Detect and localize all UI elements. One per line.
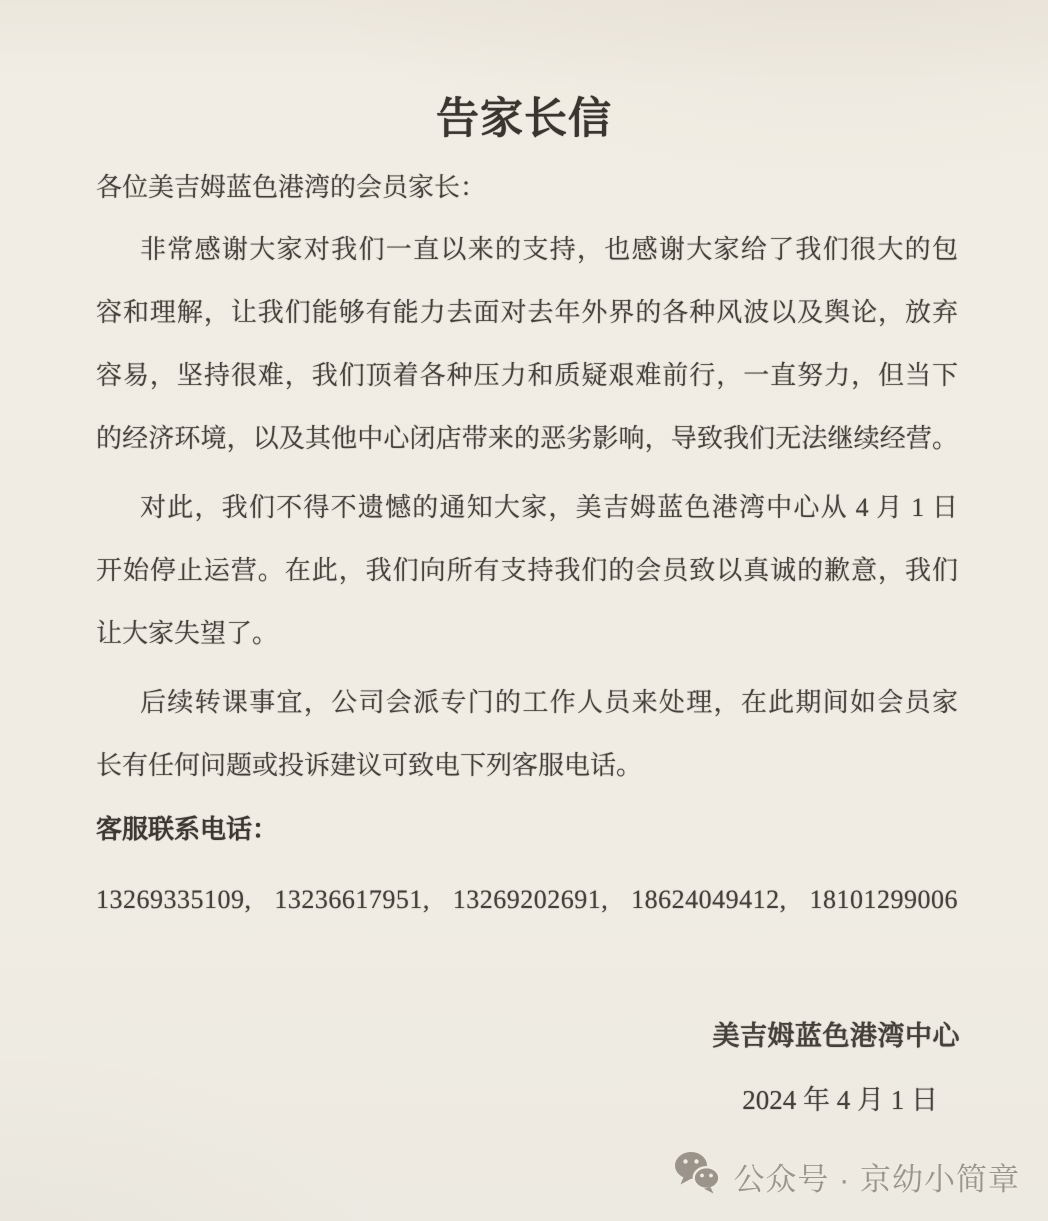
paragraph-2-line-1: 对此，我们不得不遗憾的通知大家，美吉姆蓝色港湾中心从 4 月 1 日 [96,476,958,539]
watermark-label: 公众号 · 京幼小简章 [733,1155,1020,1205]
salutation: 各位美吉姆蓝色港湾的会员家长： [96,156,958,219]
paragraph-1: 非常感谢大家对我们一直以来的支持，也感谢大家给了我们很大的包 容和理解，让我们能… [96,218,958,470]
paragraph-3-line-1: 后续转课事宜，公司会派专门的工作人员来处理，在此期间如会员家 [96,671,958,734]
paragraph-2: 对此，我们不得不遗憾的通知大家，美吉姆蓝色港湾中心从 4 月 1 日 开始停止运… [96,476,958,665]
signature: 美吉姆蓝色港湾中心 [713,1016,961,1056]
contact-heading: 客服联系电话： [96,798,958,861]
paragraph-1-line-4: 的经济环境，以及其他中心闭店带来的恶劣影响，导致我们无法继续经营。 [96,407,958,470]
paragraph-1-line-3: 容易，坚持很难，我们顶着各种压力和质疑艰难前行，一直努力，但当下 [96,344,958,407]
paragraph-2-line-3: 让大家失望了。 [96,602,958,665]
paragraph-1-line-1: 非常感谢大家对我们一直以来的支持，也感谢大家给了我们很大的包 [96,218,958,281]
letter-title: 告家长信 [0,95,1048,145]
paragraph-3-line-2: 长有任何问题或投诉建议可致电下列客服电话。 [96,734,958,797]
paragraph-3: 后续转课事宜，公司会派专门的工作人员来处理，在此期间如会员家 长有任何问题或投诉… [96,671,958,797]
letter-page: 告家长信 各位美吉姆蓝色港湾的会员家长： 非常感谢大家对我们一直以来的支持，也感… [0,0,1048,1221]
paragraph-1-line-2: 容和理解，让我们能够有能力去面对去年外界的各种风波以及舆论，放弃 [96,281,958,344]
phone-numbers-line: 13269335109, 13236617951, 13269202691, 1… [96,868,958,931]
watermark: 公众号 · 京幼小简章 [673,1150,1020,1209]
letter-date: 2024 年 4 月 1 日 [742,1080,938,1120]
wechat-icon [673,1150,721,1209]
paragraph-2-line-2: 开始停止运营。在此，我们向所有支持我们的会员致以真诚的歉意，我们 [96,539,958,602]
